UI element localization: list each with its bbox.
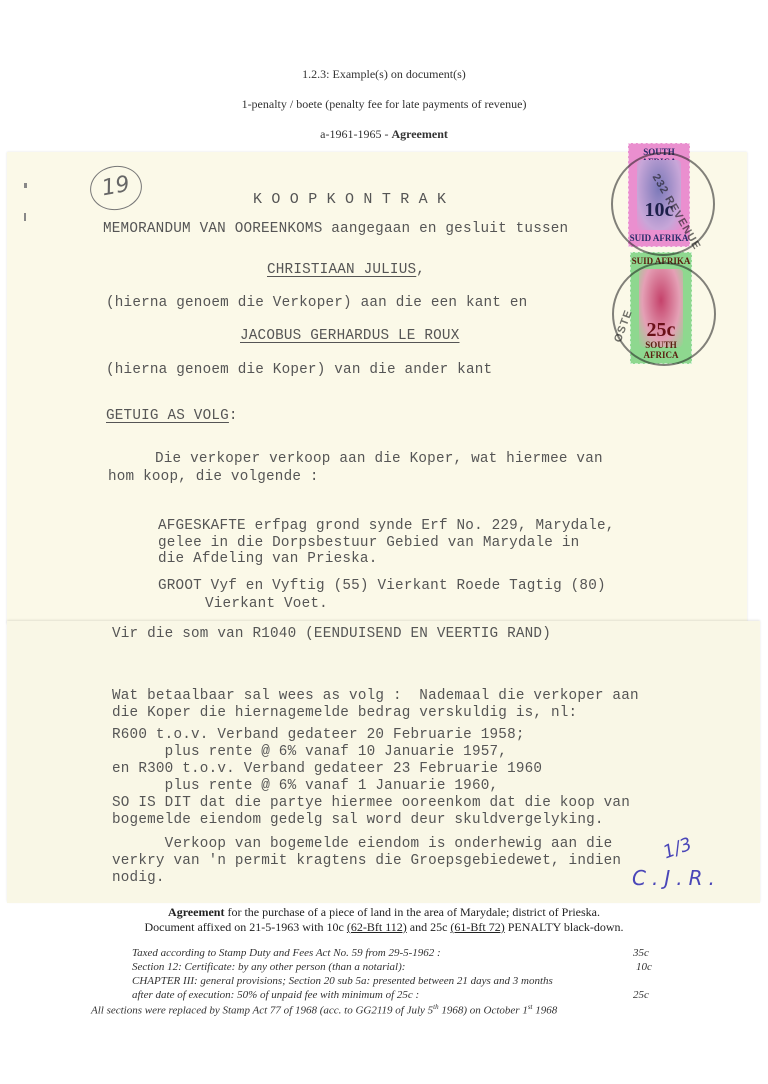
permit-line: Verkoop van bogemelde eiendom is onderhe… <box>112 836 612 852</box>
permit-line: verkry van 'n permit kragtens die Groeps… <box>112 853 621 869</box>
size-line: Vierkant Voet. <box>205 596 328 612</box>
tax-note: after date of execution: 50% of unpaid f… <box>132 989 419 1001</box>
tax-note: CHAPTER III: general provisions; Section… <box>132 975 553 987</box>
seller-name: CHRISTIAAN JULIUS <box>267 262 416 278</box>
footer-note: All sections were replaced by Stamp Act … <box>91 1003 557 1017</box>
seller-role: (hierna genoem die Verkoper) aan die een… <box>106 295 527 311</box>
caption-line-2: Document affixed on 21-5-1963 with 10c (… <box>0 920 768 935</box>
payment-line: SO IS DIT dat die partye hiermee ooreenk… <box>112 795 630 811</box>
tax-amount: 25c <box>633 989 649 1001</box>
seller-name-line: CHRISTIAAN JULIUS, <box>267 262 425 278</box>
subcategory-heading: a-1961-1965 - Agreement <box>0 127 768 142</box>
memorandum-intro: MEMORANDUM VAN OOREENKOMS aangegaan en g… <box>103 221 568 237</box>
witness-heading: GETUIG AS VOLG <box>106 408 229 424</box>
payment-line: en R300 t.o.v. Verband gedateer 23 Febru… <box>112 761 542 777</box>
payment-line: Wat betaalbaar sal wees as volg : Nadema… <box>112 688 639 704</box>
sale-clause-line: hom koop, die volgende : <box>108 469 319 485</box>
section-heading: 1.2.3: Example(s) on document(s) <box>0 67 768 82</box>
payment-line: plus rente @ 6% vanaf 1 Januarie 1960, <box>112 778 498 794</box>
property-line: AFGESKAFTE erfpag grond synde Erf No. 22… <box>158 518 615 534</box>
tax-amount: 10c <box>636 961 652 973</box>
sale-clause-line: Die verkoper verkoop aan die Koper, wat … <box>155 451 603 467</box>
category-heading: 1-penalty / boete (penalty fee for late … <box>0 97 768 112</box>
tax-note: Section 12: Certificate: by any other pe… <box>132 961 405 973</box>
document-title: K O O P K O N T R A K <box>253 191 446 208</box>
margin-mark <box>24 183 27 188</box>
payment-line: bogemelde eiendom gedelg sal word deur s… <box>112 812 604 828</box>
catalog-ref: (62-Bft 112) <box>347 920 407 934</box>
property-line: gelee in die Dorpsbestuur Gebied van Mar… <box>158 535 579 551</box>
buyer-name-line: JACOBUS GERHARDUS LE ROUX <box>240 328 460 344</box>
payment-line: plus rente @ 6% vanaf 10 Januarie 1957, <box>112 744 507 760</box>
purchase-sum: Vir die som van R1040 (EENDUISEND EN VEE… <box>112 626 551 642</box>
buyer-role: (hierna genoem die Koper) van die ander … <box>106 362 492 378</box>
payment-line: die Koper die hiernagemelde bedrag versk… <box>112 705 577 721</box>
buyer-name: JACOBUS GERHARDUS LE ROUX <box>240 328 460 344</box>
witness-heading-line: GETUIG AS VOLG: <box>106 408 238 424</box>
tax-amount: 35c <box>633 947 649 959</box>
size-line: GROOT Vyf en Vyftig (55) Vierkant Roede … <box>158 578 606 594</box>
property-line: die Afdeling van Prieska. <box>158 551 378 567</box>
tax-note: Taxed according to Stamp Duty and Fees A… <box>132 947 441 959</box>
caption-line-1: Agreement for the purchase of a piece of… <box>0 905 768 920</box>
permit-line: nodig. <box>112 870 165 886</box>
margin-mark <box>24 213 26 221</box>
catalog-ref: (61-Bft 72) <box>450 920 504 934</box>
handwritten-initials: C.J.R. <box>632 866 721 890</box>
payment-line: R600 t.o.v. Verband gedateer 20 Februari… <box>112 727 525 743</box>
